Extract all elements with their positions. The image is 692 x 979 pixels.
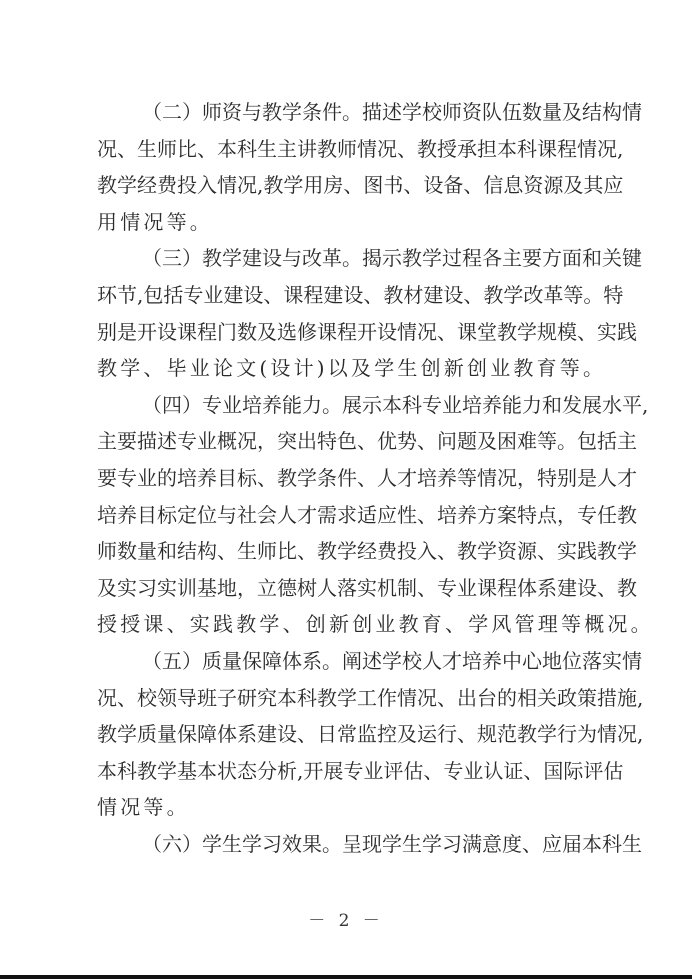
- paragraph-section-3: （三）教学建设与改革。揭示教学过程各主要方面和关键 环节,包括专业建设、课程建设…: [97, 240, 597, 386]
- paragraph-section-6: （六）学生学习效果。呈现学生学习满意度、应届本科生: [97, 826, 597, 863]
- paragraph-section-4: （四）专业培养能力。展示本科专业培养能力和发展水平, 主要描述专业概况，突出特色…: [97, 387, 597, 643]
- paragraph-section-2: （二）师资与教学条件。描述学校师资队伍数量及结构情 况、生师比、本科生主讲教师情…: [97, 94, 597, 240]
- text-line: 培养目标定位与社会人才需求适应性、培养方案特点，专任教: [97, 497, 597, 534]
- text-line: 情况等。: [97, 789, 597, 826]
- text-line: 况、生师比、本科生主讲教师情况、教授承担本科课程情况,: [97, 131, 597, 168]
- text-line: 及实习实训基地，立德树人落实机制、专业课程体系建设、教: [97, 570, 597, 607]
- text-line: （二）师资与教学条件。描述学校师资队伍数量及结构情: [97, 94, 597, 131]
- document-page: （二）师资与教学条件。描述学校师资队伍数量及结构情 况、生师比、本科生主讲教师情…: [0, 0, 692, 973]
- text-line: （四）专业培养能力。展示本科专业培养能力和发展水平,: [97, 387, 597, 424]
- text-line: （六）学生学习效果。呈现学生学习满意度、应届本科生: [97, 826, 597, 863]
- text-line: 别是开设课程门数及选修课程开设情况、课堂教学规模、实践: [97, 314, 597, 351]
- text-line: 教学、毕业论文(设计)以及学生创新创业教育等。: [97, 350, 597, 387]
- text-line: 教学经费投入情况,教学用房、图书、设备、信息资源及其应: [97, 167, 597, 204]
- text-line: 授授课、实践教学、创新创业教育、学风管理等概况。: [97, 606, 597, 643]
- paragraph-section-5: （五）质量保障体系。阐述学校人才培养中心地位落实情 况、校领导班子研究本科教学工…: [97, 643, 597, 826]
- text-line: 要专业的培养目标、教学条件、人才培养等情况，特别是人才: [97, 460, 597, 497]
- text-line: 用情况等。: [97, 204, 597, 241]
- text-line: 主要描述专业概况，突出特色、优势、问题及困难等。包括主: [97, 423, 597, 460]
- document-body: （二）师资与教学条件。描述学校师资队伍数量及结构情 况、生师比、本科生主讲教师情…: [97, 94, 597, 862]
- text-line: （五）质量保障体系。阐述学校人才培养中心地位落实情: [97, 643, 597, 680]
- page-number: － 2 －: [0, 906, 692, 931]
- text-line: 教学质量保障体系建设、日常监控及运行、规范教学行为情况,: [97, 716, 597, 753]
- text-line: 本科教学基本状态分析,开展专业评估、专业认证、国际评估: [97, 753, 597, 790]
- text-line: 师数量和结构、生师比、教学经费投入、教学资源、实践教学: [97, 533, 597, 570]
- text-line: 况、校领导班子研究本科教学工作情况、出台的相关政策措施,: [97, 680, 597, 717]
- text-line: 环节,包括专业建设、课程建设、教材建设、教学改革等。特: [97, 277, 597, 314]
- page-bottom-border: [0, 975, 692, 979]
- text-line: （三）教学建设与改革。揭示教学过程各主要方面和关键: [97, 240, 597, 277]
